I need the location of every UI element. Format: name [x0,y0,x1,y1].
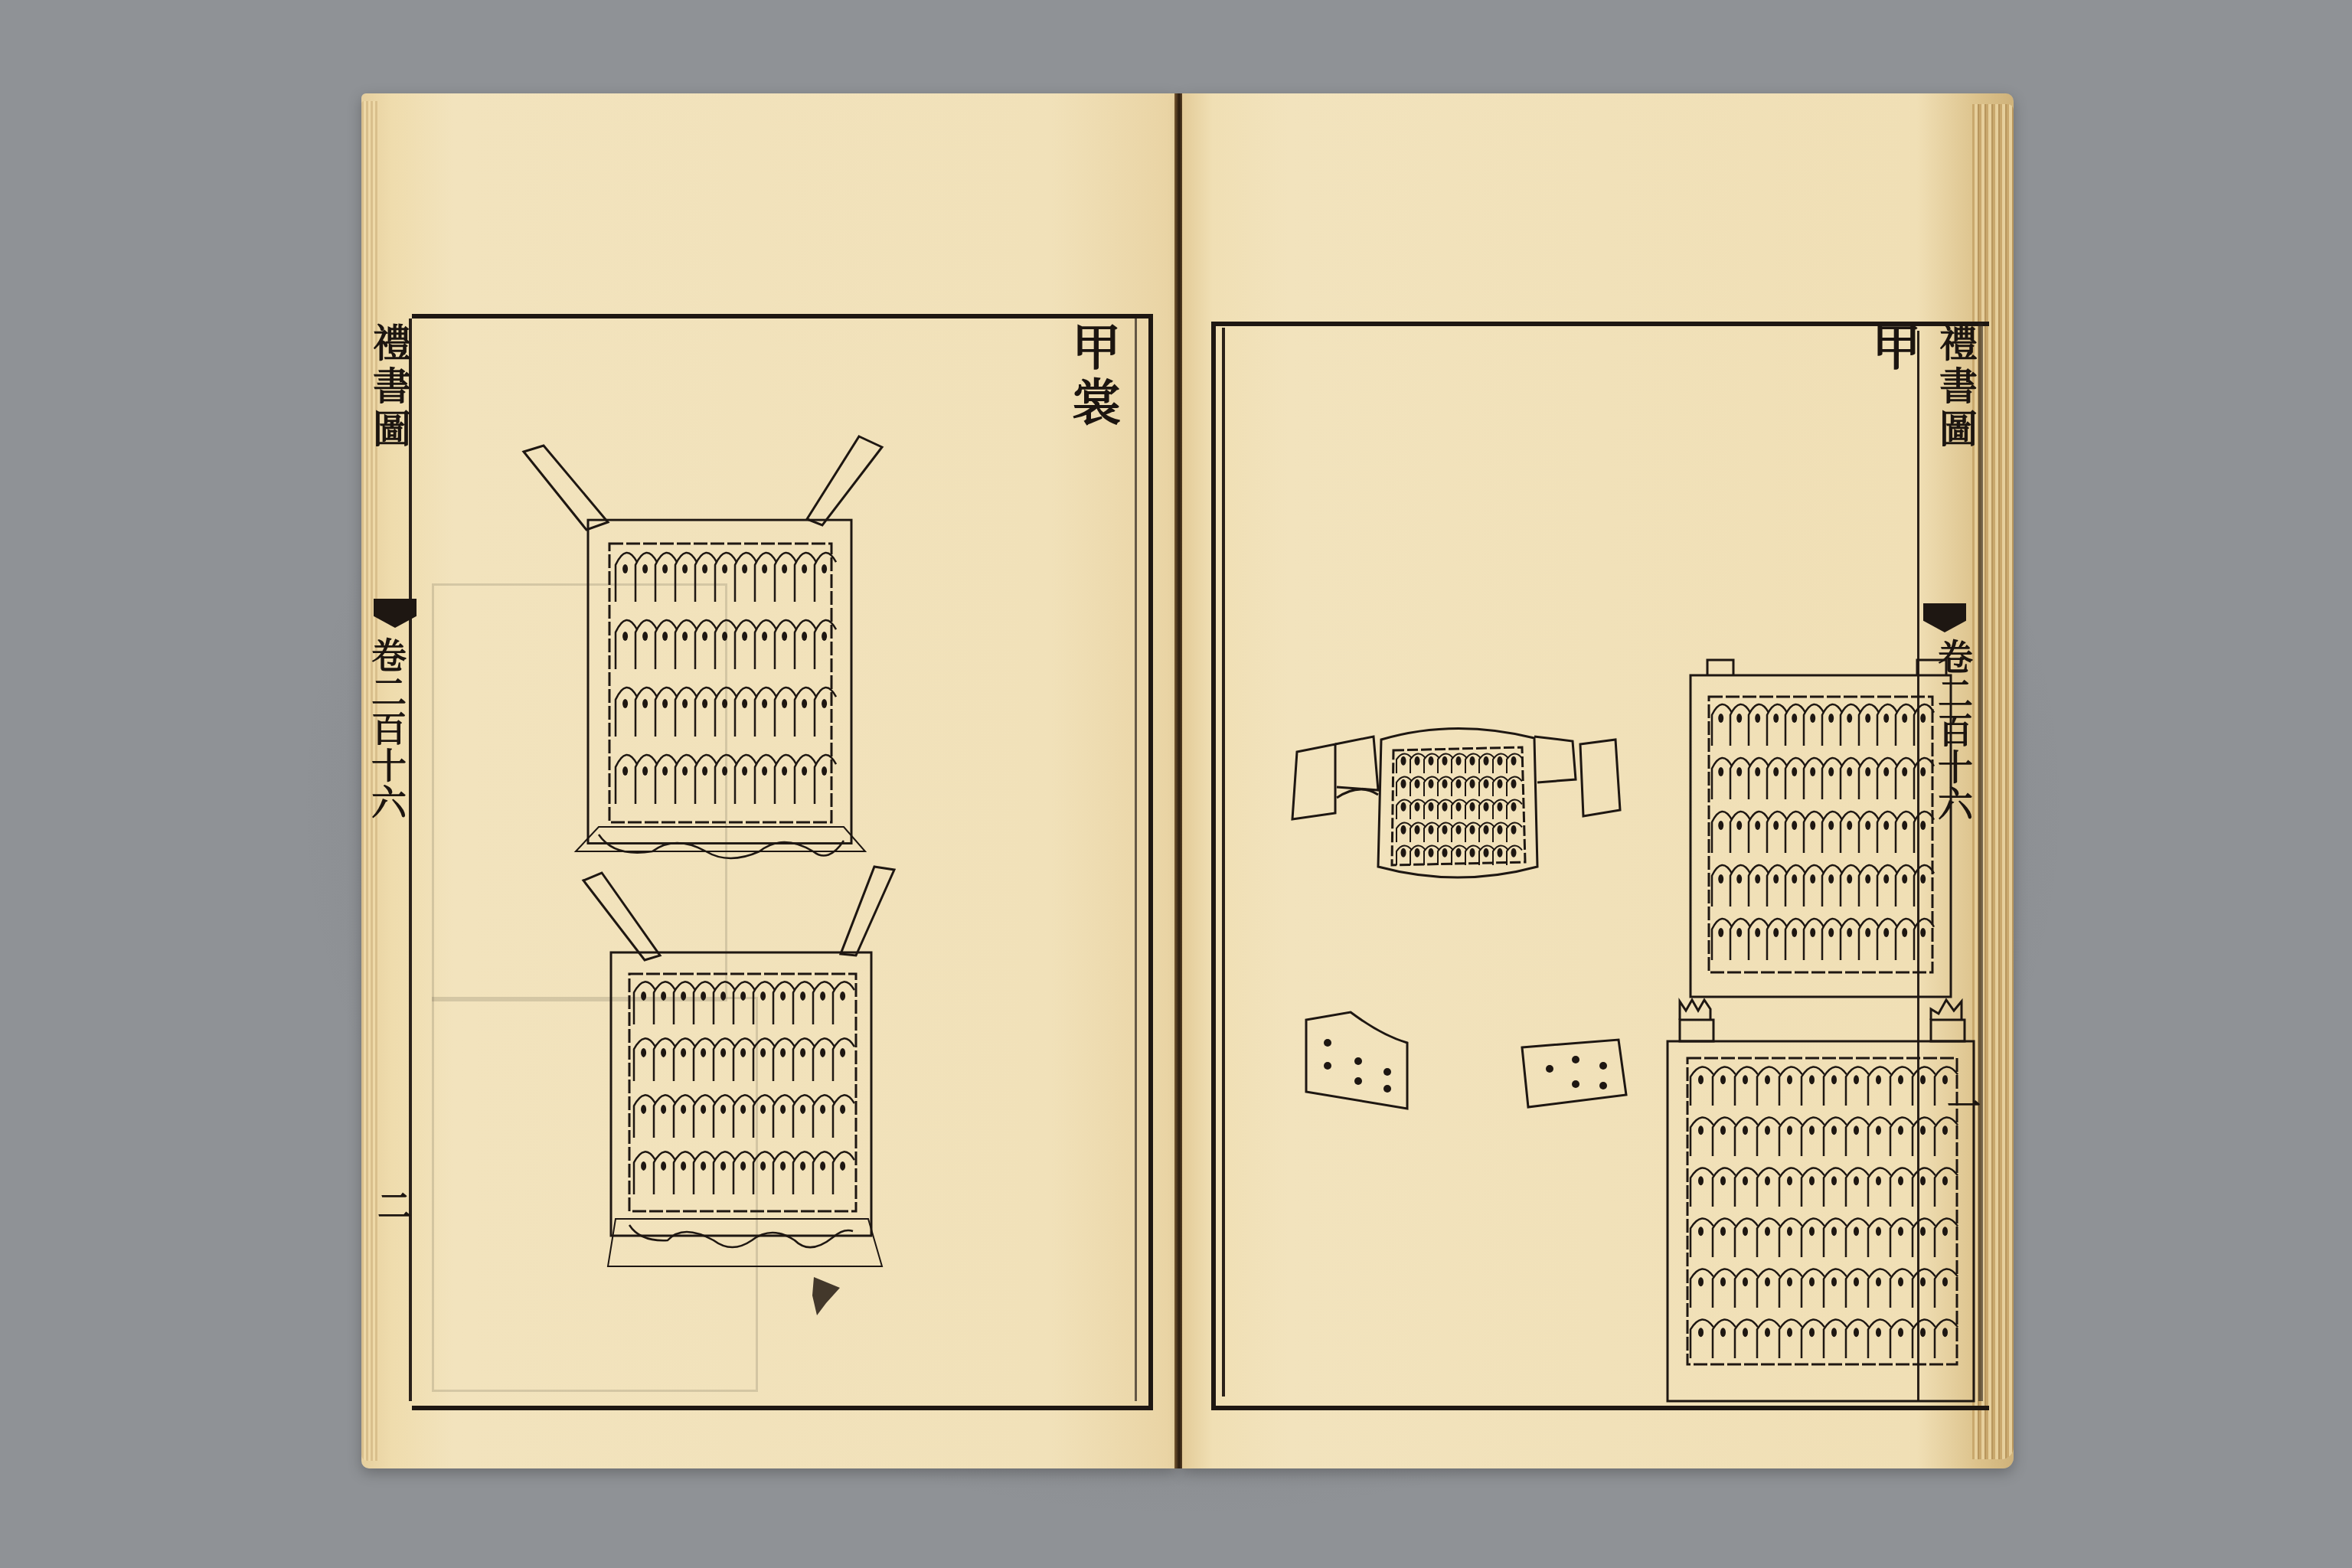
right-inner-rule [1222,328,1225,1396]
left-page-title: 甲裳 [1066,322,1127,432]
open-book: 禮書圖 卷二百十六 二 甲裳 [361,93,2014,1468]
armor-panel-lower-illustration [1664,997,1994,1410]
armor-skirt-upper-illustration [522,430,920,836]
left-inner-column-line [409,318,412,1401]
armguard-pair-illustration [1297,1012,1619,1112]
armor-skirt-lower-illustration [568,859,920,1257]
book-title-left-margin: 禮書圖 [361,323,416,452]
book-title-right-margin: 禮書圖 [1928,323,1983,452]
ink-blot-mark [809,1272,848,1318]
left-page: 禮書圖 卷二百十六 二 甲裳 [361,93,1176,1468]
folio-number-left: 二 [366,1188,415,1222]
volume-left-margin: 卷二百十六 [361,637,412,821]
left-outer-rule [1135,318,1137,1401]
right-page: 甲 禮書圖 卷二百十六 一 [1182,93,2014,1468]
cuirass-with-shoulder-guards-illustration [1282,714,1619,897]
right-page-title: 甲 [1866,322,1927,371]
armor-panel-upper-illustration [1687,583,1994,1012]
